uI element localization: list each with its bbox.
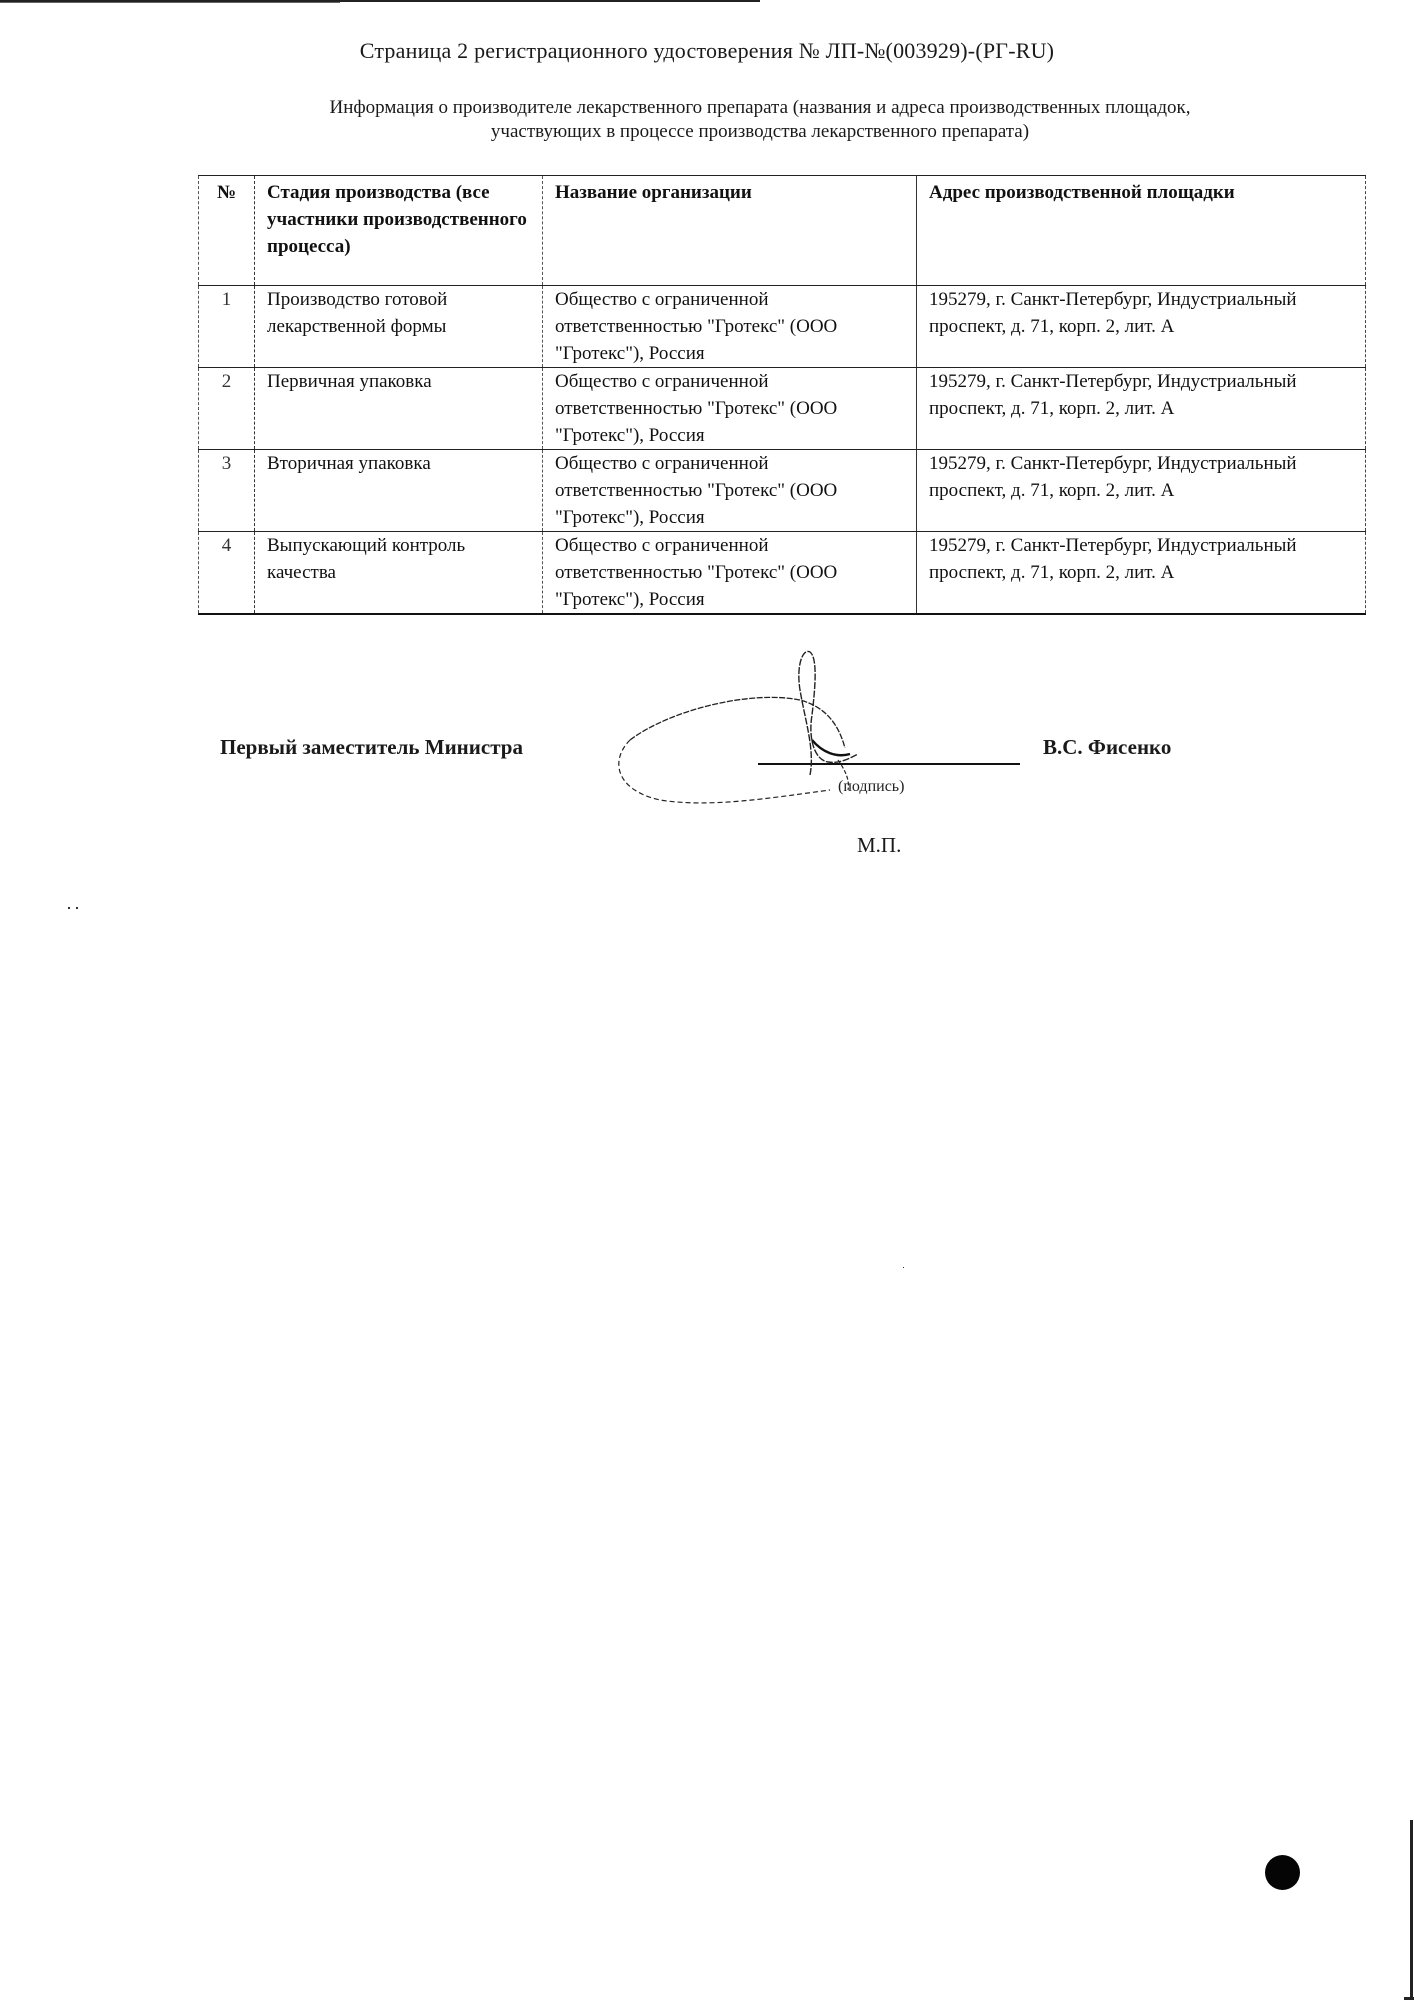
punch-hole-mark	[1265, 1855, 1300, 1890]
table-header-row: № Стадия производства (все участники про…	[199, 176, 1366, 286]
row-stage: Производство готовой лекарственной формы	[255, 286, 543, 368]
row-address: 195279, г. Санкт-Петербург, Индустриальн…	[917, 450, 1366, 532]
signature-caption: (подпись)	[838, 778, 904, 796]
row-stage: Выпускающий контроль качества	[255, 532, 543, 615]
signatory-name: В.С. Фисенко	[1043, 735, 1171, 760]
scan-speck	[76, 907, 78, 909]
subtitle-line-1: Информация о производителе лекарственног…	[210, 96, 1310, 120]
manufacturer-table: № Стадия производства (все участники про…	[198, 175, 1366, 615]
scan-speck	[903, 1267, 904, 1268]
row-organization: Общество с ограниченной ответственностью…	[543, 286, 917, 368]
header-stage: Стадия производства (все участники произ…	[255, 176, 543, 286]
row-num: 4	[199, 532, 255, 615]
scan-edge-top-shadow	[0, 2, 340, 3]
table-row: 1 Производство готовой лекарственной фор…	[199, 286, 1366, 368]
signatory-position: Первый заместитель Министра	[220, 735, 523, 760]
page-title: Страница 2 регистрационного удостоверени…	[0, 38, 1414, 64]
row-address: 195279, г. Санкт-Петербург, Индустриальн…	[917, 368, 1366, 450]
row-organization: Общество с ограниченной ответственностью…	[543, 450, 917, 532]
row-address: 195279, г. Санкт-Петербург, Индустриальн…	[917, 532, 1366, 615]
row-stage: Вторичная упаковка	[255, 450, 543, 532]
scan-speck	[68, 907, 70, 909]
row-num: 2	[199, 368, 255, 450]
header-address: Адрес производственной площадки	[917, 176, 1366, 286]
scan-edge-right	[1410, 1820, 1413, 2000]
signature-line	[758, 763, 1020, 765]
page-subtitle: Информация о производителе лекарственног…	[210, 96, 1310, 144]
table-row: 3 Вторичная упаковка Общество с ограниче…	[199, 450, 1366, 532]
row-num: 3	[199, 450, 255, 532]
header-organization: Название организации	[543, 176, 917, 286]
subtitle-line-2: участвующих в процессе производства лека…	[210, 120, 1310, 144]
row-num: 1	[199, 286, 255, 368]
row-address: 195279, г. Санкт-Петербург, Индустриальн…	[917, 286, 1366, 368]
table-row: 4 Выпускающий контроль качества Общество…	[199, 532, 1366, 615]
header-num: №	[199, 176, 255, 286]
row-stage: Первичная упаковка	[255, 368, 543, 450]
row-organization: Общество с ограниченной ответственностью…	[543, 532, 917, 615]
table-row: 2 Первичная упаковка Общество с ограниче…	[199, 368, 1366, 450]
seal-placeholder: М.П.	[857, 833, 901, 858]
row-organization: Общество с ограниченной ответственностью…	[543, 368, 917, 450]
